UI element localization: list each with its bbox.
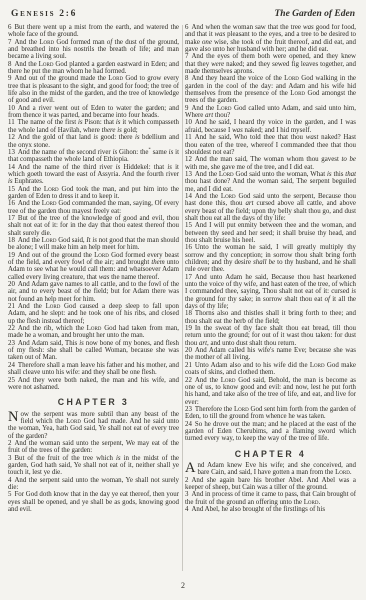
divine-name: Lord bbox=[217, 105, 232, 112]
verse: 18Thorns also and thistles shall it brin… bbox=[185, 310, 356, 325]
verse: 7And the eyes of them both were opened, … bbox=[185, 53, 356, 75]
verse-number: 7 bbox=[8, 39, 14, 46]
column-right: 6And when the woman saw that the tree wa… bbox=[185, 24, 356, 572]
verse-number: 3 bbox=[185, 491, 191, 498]
verse: 12And the man said, The woman whom thou … bbox=[185, 156, 356, 171]
verse: 13And the Lord God said unto the woman, … bbox=[185, 171, 356, 193]
verse: 10And a river went out of Eden to water … bbox=[8, 105, 179, 120]
verse-number: 21 bbox=[8, 303, 18, 310]
drop-cap: N bbox=[8, 411, 20, 424]
verse-number: 8 bbox=[185, 75, 191, 82]
divine-name: Lord bbox=[44, 186, 59, 193]
divine-name: Lord bbox=[39, 61, 54, 68]
running-head: Genesis 2:6 The Garden of Eden bbox=[0, 0, 366, 19]
verse-number: 9 bbox=[8, 75, 14, 82]
divine-name: Lord bbox=[108, 75, 123, 82]
verse-number: 18 bbox=[8, 237, 18, 244]
verse: 17And unto Adam he said, Because thou ha… bbox=[185, 274, 356, 311]
verse-number: 3 bbox=[8, 455, 14, 462]
verse: And Adam knew Eve his wife; and she conc… bbox=[185, 462, 356, 477]
verse: 3And in process of time it came to pass,… bbox=[185, 491, 356, 506]
column-divider-rule bbox=[182, 25, 183, 571]
verse-number: 16 bbox=[8, 200, 18, 207]
verse-number: 12 bbox=[8, 134, 18, 141]
verse-number: 4 bbox=[185, 506, 191, 513]
verse-number: 19 bbox=[8, 252, 18, 259]
verse: 18And the Lord God said, It is not good … bbox=[8, 237, 179, 252]
verse-number: 18 bbox=[185, 310, 195, 317]
verse-number: 24 bbox=[185, 421, 195, 428]
verse-number: 10 bbox=[8, 105, 18, 112]
verse: 21Unto Adam also and to his wife did the… bbox=[185, 362, 356, 377]
verse: 3But of the fruit of the tree which is i… bbox=[8, 455, 179, 477]
verse-number: 9 bbox=[185, 105, 191, 112]
divine-name: Lord bbox=[221, 193, 236, 200]
verse: 5For God doth know that in the day ye ea… bbox=[8, 491, 179, 513]
chapter-heading: CHAPTER 4 bbox=[185, 449, 356, 459]
divine-name: Lord bbox=[304, 499, 319, 506]
divine-name: Lord bbox=[310, 362, 325, 369]
verse: 16Unto the woman he said, I will greatly… bbox=[185, 244, 356, 273]
verse-number: 14 bbox=[8, 164, 18, 171]
verse-number: 6 bbox=[8, 24, 14, 31]
verse: 14And the Lord God said unto the serpent… bbox=[185, 193, 356, 222]
verse-number: 25 bbox=[8, 377, 18, 384]
verse: 8And the Lord God planted a garden eastw… bbox=[8, 61, 179, 76]
verse-number: 12 bbox=[185, 156, 195, 163]
verse: 4And the serpent said unto the woman, Ye… bbox=[8, 477, 179, 492]
verse-number: 10 bbox=[185, 119, 195, 126]
verse-number: 22 bbox=[185, 377, 195, 384]
verse: 15And I will put enmity between thee and… bbox=[185, 222, 356, 244]
verse: 8And they heard the voice of the Lord Go… bbox=[185, 75, 356, 104]
verse: 6And when the woman saw that the tree wa… bbox=[185, 24, 356, 53]
divine-name: Lord bbox=[219, 171, 234, 178]
running-head-reference: Genesis 2:6 bbox=[11, 9, 77, 19]
verse-number: 5 bbox=[8, 491, 14, 498]
verse-number: 11 bbox=[8, 119, 18, 126]
divine-name: Lord bbox=[234, 406, 249, 413]
verse-number: 8 bbox=[8, 61, 14, 68]
verse: 24So he drove out the man; and he placed… bbox=[185, 421, 356, 443]
verse: 4And Abel, he also brought of the firstl… bbox=[185, 506, 356, 513]
verse: 10And he said, I heard thy voice in the … bbox=[185, 119, 356, 134]
verse-number: 16 bbox=[185, 244, 195, 251]
verse-number: 2 bbox=[8, 440, 14, 447]
drop-cap: A bbox=[185, 462, 197, 475]
page-number: 2 bbox=[0, 581, 366, 590]
divine-name: Lord bbox=[284, 75, 299, 82]
verse: 11The name of the first is Pison: that i… bbox=[8, 119, 179, 134]
verse: 19In the sweat of thy face shalt thou ea… bbox=[185, 325, 356, 347]
verse: 24Therefore shall a man leave his father… bbox=[8, 362, 179, 377]
verse: 2And she again bare his brother Abel. An… bbox=[185, 477, 356, 492]
divine-name: Lord bbox=[221, 377, 236, 384]
verse-number: 6 bbox=[185, 24, 191, 31]
verse-number: 15 bbox=[8, 186, 18, 193]
running-head-title: The Garden of Eden bbox=[275, 9, 356, 19]
verse-number: 4 bbox=[8, 477, 14, 484]
verse: 9And out of the ground made the Lord God… bbox=[8, 75, 179, 104]
bible-page: Genesis 2:6 The Garden of Eden 6But ther… bbox=[0, 0, 366, 600]
verse: 15And the Lord God took the man, and put… bbox=[8, 186, 179, 201]
verse: Now the serpent was more subtil than any… bbox=[8, 411, 179, 440]
verse: 7And the Lord God formed man of the dust… bbox=[8, 39, 179, 61]
divine-name: Lord bbox=[335, 469, 350, 476]
verse-number: 2 bbox=[185, 477, 191, 484]
text-columns: 6But there went up a mist from the earth… bbox=[0, 19, 366, 572]
verse-number: 11 bbox=[185, 134, 195, 141]
verse-number: 19 bbox=[185, 325, 195, 332]
verse-number: 13 bbox=[8, 149, 18, 156]
chapter-heading: CHAPTER 3 bbox=[8, 397, 179, 407]
verse: 20And Adam called his wife's name Eve; b… bbox=[185, 347, 356, 362]
verse: 6But there went up a mist from the earth… bbox=[8, 24, 179, 39]
verse: 19And out of the ground the Lord God for… bbox=[8, 252, 179, 281]
divine-name: Lord bbox=[87, 325, 102, 332]
verse-number: 21 bbox=[185, 362, 195, 369]
verse-number: 20 bbox=[185, 347, 195, 354]
verse: 22And the rib, which the Lord God had ta… bbox=[8, 325, 179, 340]
divine-name: Lord bbox=[42, 200, 57, 207]
verse: 13And the name of the second river is Gi… bbox=[8, 149, 179, 164]
verse: 25And they were both naked, the man and … bbox=[8, 377, 179, 392]
verse-number: 7 bbox=[185, 53, 191, 60]
verse: 23And Adam said, This is now bone of my … bbox=[8, 340, 179, 362]
verse: 20And Adam gave names to all cattle, and… bbox=[8, 281, 179, 303]
divine-name: Lord bbox=[42, 237, 57, 244]
verse: 17But of the tree of the knowledge of go… bbox=[8, 215, 179, 237]
verse-number: 13 bbox=[185, 171, 195, 178]
verse: 12And the gold of that land is good: the… bbox=[8, 134, 179, 149]
verse-number: 14 bbox=[185, 193, 195, 200]
verse: 2And the woman said unto the serpent, We… bbox=[8, 440, 179, 455]
verse-number: 24 bbox=[8, 362, 18, 369]
verse: 9And the Lord God called unto Adam, and … bbox=[185, 105, 356, 120]
verse: 21And the Lord God caused a deep sleep t… bbox=[8, 303, 179, 325]
verse: 11And he said, Who told thee that thou w… bbox=[185, 134, 356, 156]
column-left: 6But there went up a mist from the earth… bbox=[8, 24, 179, 572]
divine-name: Lord bbox=[39, 39, 54, 46]
verse: 14And the name of the third river is Hid… bbox=[8, 164, 179, 186]
verse: 22And the Lord God said, Behold, the man… bbox=[185, 377, 356, 406]
verse-number: 23 bbox=[8, 340, 18, 347]
verse-number: 22 bbox=[8, 325, 18, 332]
divine-name: Lord bbox=[94, 252, 109, 259]
verse-number: 17 bbox=[185, 274, 195, 281]
divine-name: Lord bbox=[66, 418, 81, 425]
verse-number: 15 bbox=[185, 222, 195, 229]
verse-number: 20 bbox=[8, 281, 18, 288]
divine-name: Lord bbox=[290, 90, 305, 97]
verse: 16And the Lord God commanded the man, sa… bbox=[8, 200, 179, 215]
verse-number: 17 bbox=[8, 215, 18, 222]
footnote-marker: * bbox=[149, 147, 151, 152]
verse-number: 23 bbox=[185, 406, 195, 413]
divine-name: Lord bbox=[46, 303, 61, 310]
verse: 23Therefore the Lord God sent him forth … bbox=[185, 406, 356, 421]
